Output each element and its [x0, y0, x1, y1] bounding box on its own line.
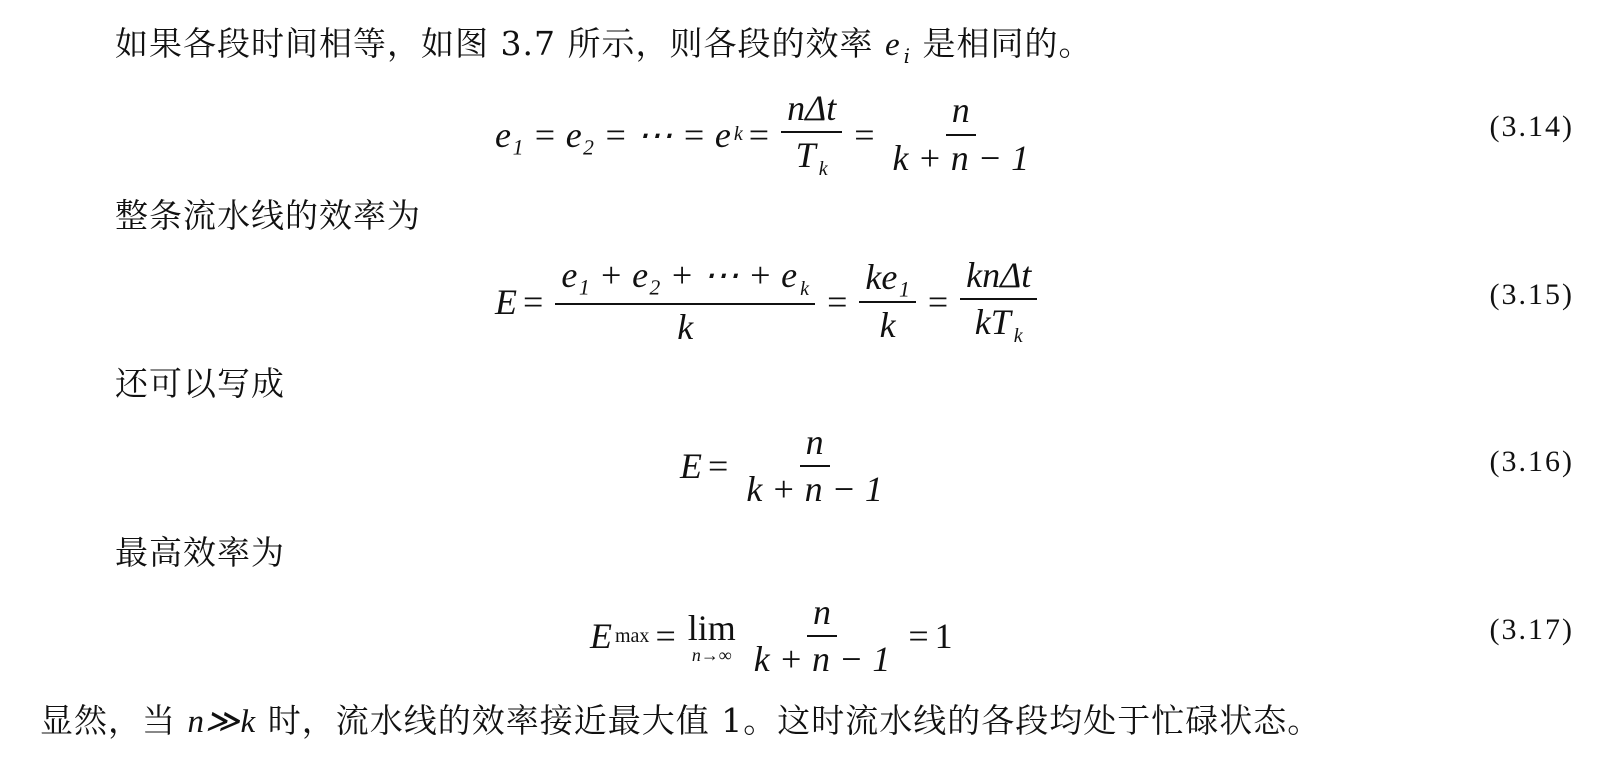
rhs: 1: [935, 615, 953, 657]
fraction: n k + n − 1: [748, 592, 897, 681]
lim: lim: [688, 607, 736, 649]
eq-lhs: E: [590, 615, 612, 657]
sub: k: [800, 278, 809, 300]
denominator: k + n − 1: [748, 637, 897, 680]
limit: lim n→∞: [688, 607, 736, 666]
relation: n≫k: [188, 704, 257, 740]
paragraph-max: 最高效率为: [115, 527, 285, 574]
sub: k: [1014, 325, 1023, 347]
numerator: n: [807, 592, 837, 637]
denominator: k: [874, 303, 902, 346]
numerator: ke₁: [859, 257, 915, 302]
fraction: nΔt Tk: [781, 88, 842, 181]
numerator: knΔt: [960, 255, 1037, 300]
fraction: ke₁ k: [859, 257, 915, 346]
fraction: n k + n − 1: [740, 422, 889, 511]
t: kT: [975, 302, 1011, 342]
equation-number: (3.16): [1490, 445, 1574, 479]
eq-lhs: e₁ = e₂ = ⋯ = e: [495, 114, 731, 156]
fraction: knΔt kTk: [960, 255, 1037, 348]
paragraph-efficiency: 整条流水线的效率为: [115, 190, 421, 237]
paragraph-intro: 如果各段时间相等，如图 3.7 所示，则各段的效率 ei 是相同的。: [115, 18, 1093, 68]
eq-lhs: E: [495, 281, 517, 323]
equation-number: (3.14): [1490, 110, 1574, 144]
denominator: k + n − 1: [887, 136, 1036, 179]
equation-3-15: E = e₁ + e₂ + ⋯ + ek k = ke₁ k = knΔt kT…: [495, 255, 1043, 348]
equation-3-16: E = n k + n − 1: [680, 422, 895, 511]
t: T: [796, 135, 816, 175]
equation-3-14: e₁ = e₂ = ⋯ = ek = nΔt Tk = n k + n − 1: [495, 88, 1041, 181]
sub-i: i: [904, 44, 911, 68]
paragraph-rewrite: 还可以写成: [115, 358, 285, 405]
denominator: k: [671, 305, 699, 348]
var-e: e: [885, 27, 901, 63]
numerator: n: [800, 422, 830, 467]
sub: k: [819, 158, 828, 180]
numerator: nΔt: [781, 88, 842, 133]
denominator: k + n − 1: [740, 467, 889, 510]
fraction: n k + n − 1: [887, 90, 1036, 179]
text: 是相同的。: [923, 24, 1093, 63]
t: e₁ + e₂ + ⋯ + e: [561, 255, 797, 295]
denominator: kTk: [969, 300, 1029, 348]
text: 时，流水线的效率接近最大值 1。这时流水线的各段均处于忙碌状态。: [268, 701, 1322, 740]
lim-under: n→∞: [692, 645, 732, 666]
paragraph-conclusion: 显然，当 n≫k 时，流水线的效率接近最大值 1。这时流水线的各段均处于忙碌状态…: [40, 695, 1321, 742]
equation-number: (3.17): [1490, 613, 1574, 647]
text: 显然，当: [40, 701, 176, 740]
denominator: Tk: [790, 133, 834, 181]
equation-3-17: Emax = lim n→∞ n k + n − 1 = 1: [590, 592, 953, 681]
text: 如果各段时间相等，如图 3.7 所示，则各段的效率: [115, 24, 873, 63]
numerator: e₁ + e₂ + ⋯ + ek: [555, 255, 815, 305]
sub: k: [734, 123, 743, 146]
numerator: n: [946, 90, 976, 135]
eq-lhs: E: [680, 445, 702, 487]
fraction: e₁ + e₂ + ⋯ + ek k: [555, 255, 815, 348]
sub: max: [615, 625, 649, 648]
equation-number: (3.15): [1490, 278, 1574, 312]
